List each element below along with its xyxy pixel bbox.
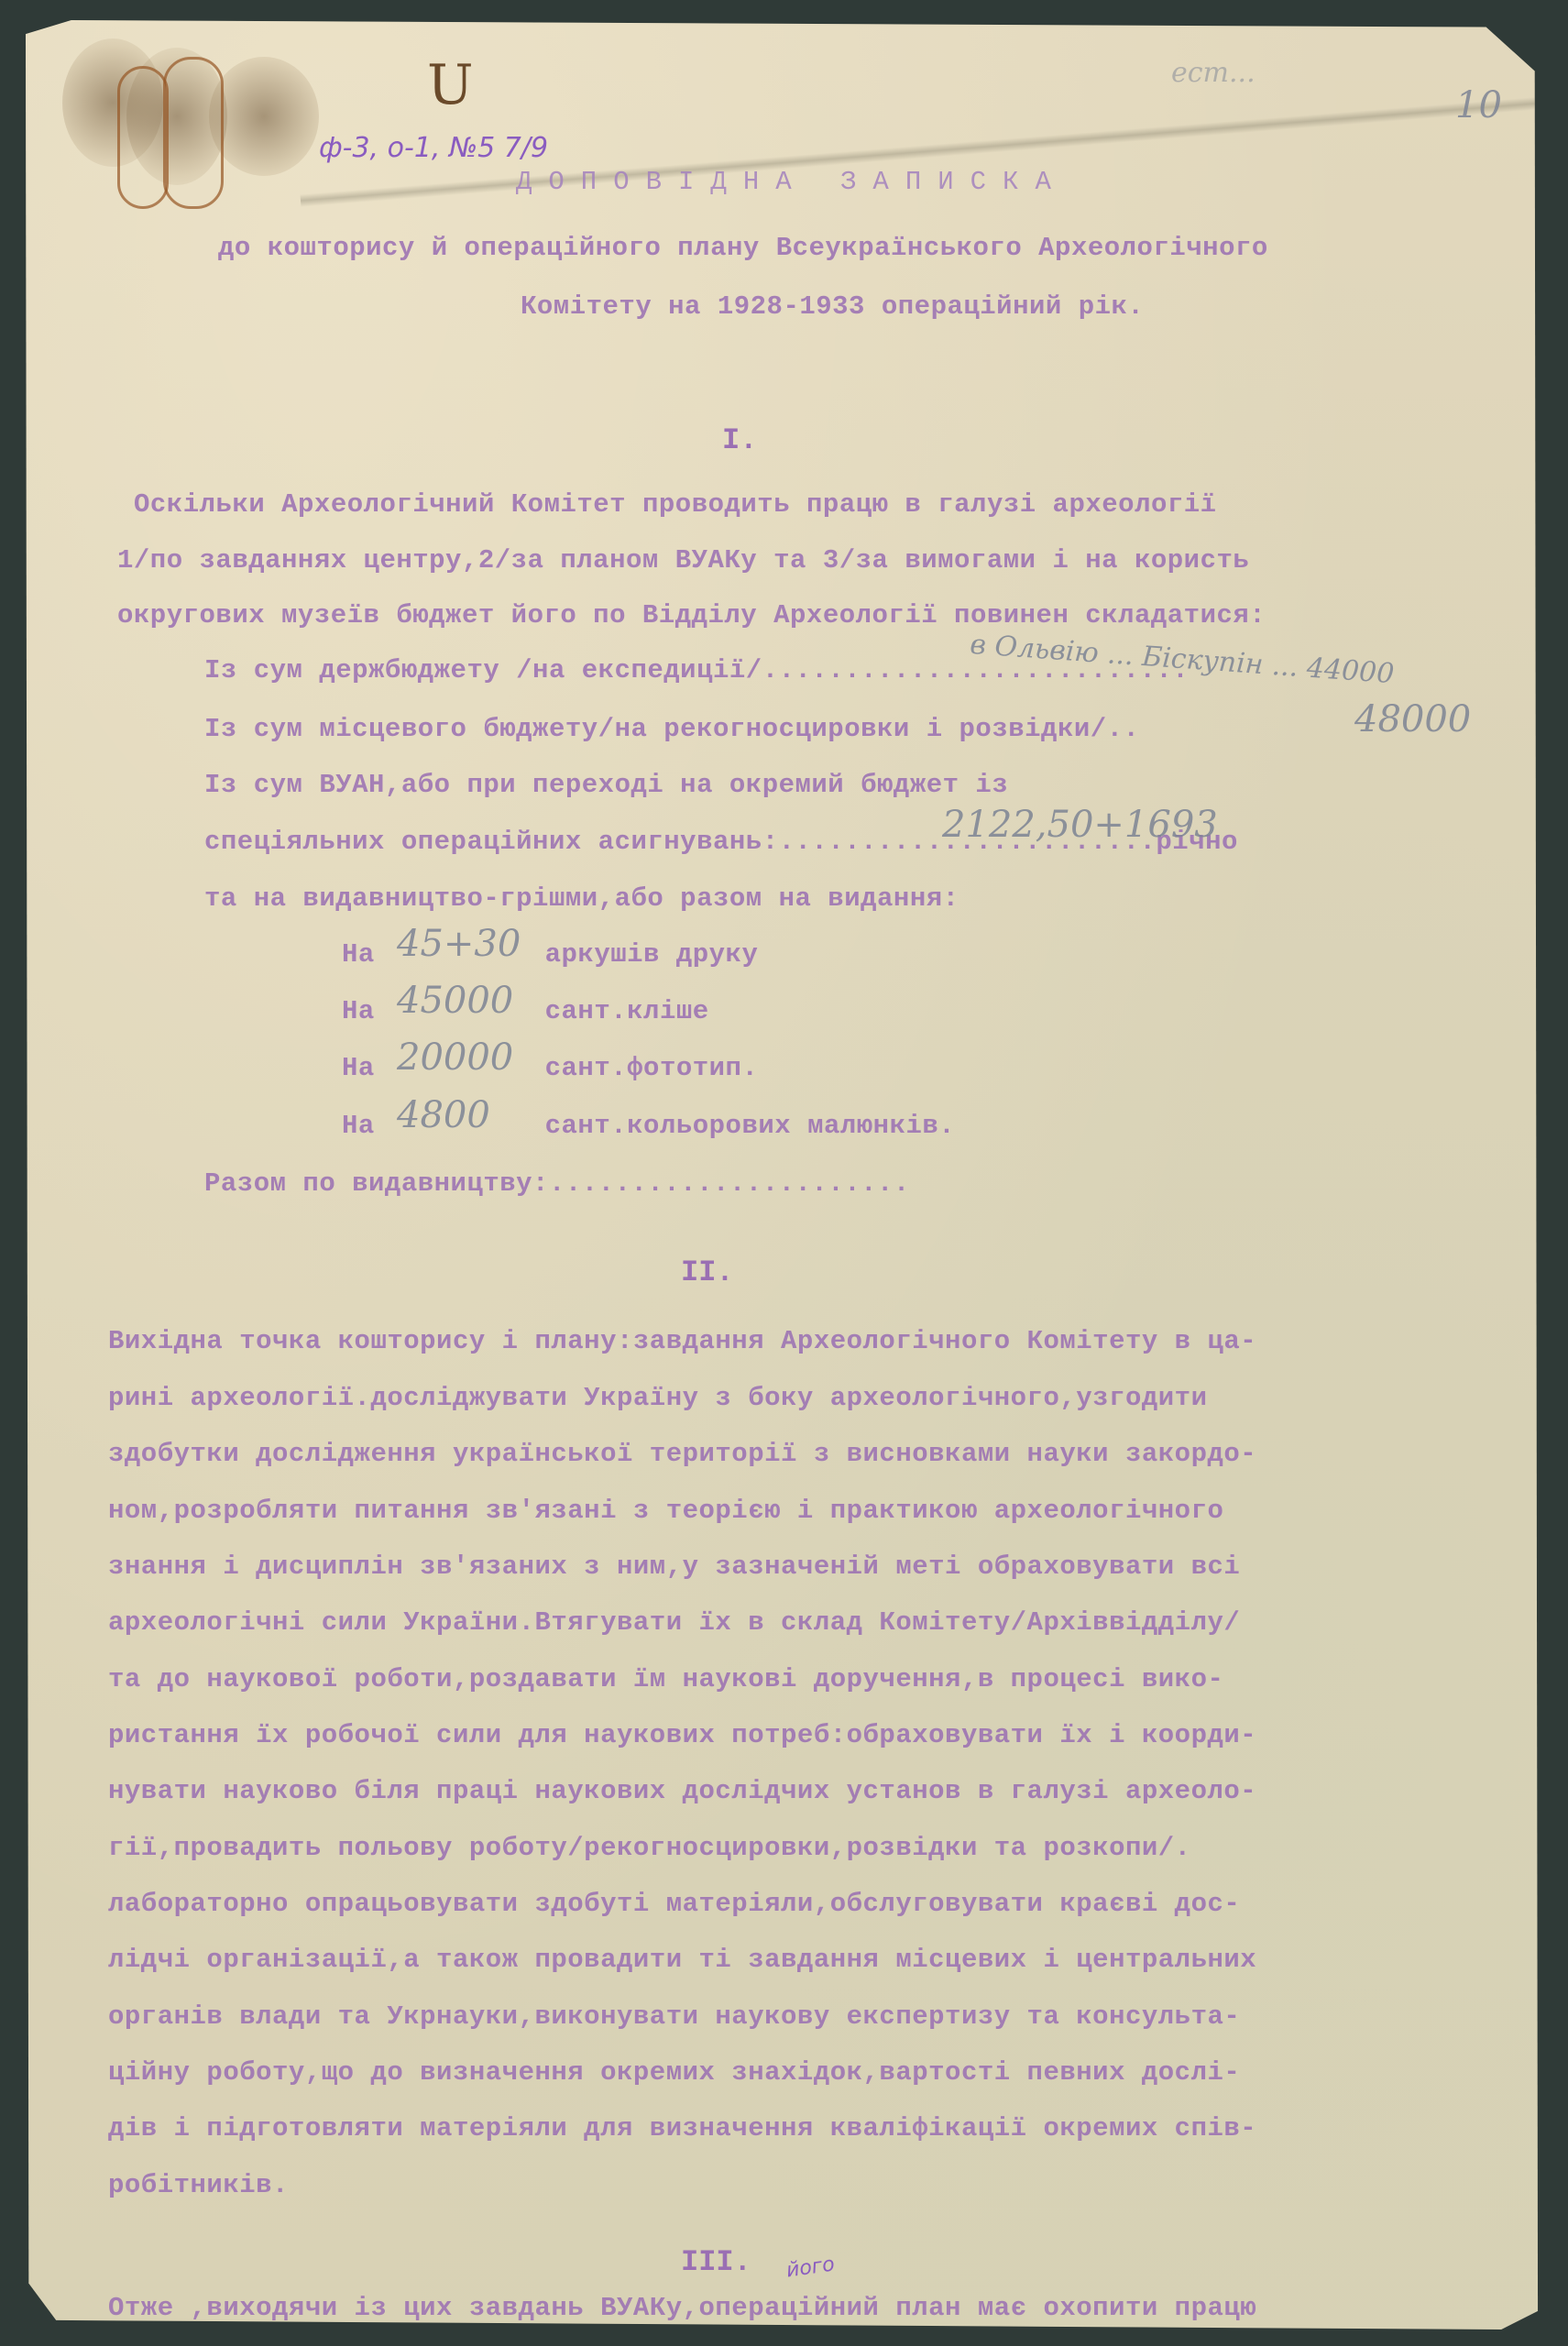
section-2-line: археологічні сили України.Втягувати їх в… [108,1607,1240,1638]
handwritten-special-amount: 2122,50+1693 [942,804,1218,846]
subtitle-line-2: Комітету на 1928-1933 операційний рік. [521,291,1144,322]
section-2-line: ристання їх робочої сили для наукових по… [108,1720,1256,1750]
budget-local-line: Із сум місцевого бюджету/на рекогносциро… [204,714,1139,744]
budget-state-label: Із сум держбюджету /на експедиції/ [204,655,762,685]
section-2-line: ном,розробляти питання зв'язані з теоріє… [108,1496,1223,1526]
publishing-amount: 20000 [397,1036,513,1079]
publishing-total: Разом по видавництву:...................… [204,1168,910,1199]
paperclip-rust-mark [163,57,224,209]
publishing-prefix: На [342,939,375,970]
section-2-line: робітників. [108,2170,289,2200]
publishing-amount: 45+30 [397,923,521,965]
publishing-label: сант.кольорових малюнків. [545,1111,956,1141]
section-1-line: Оскільки Археологічний Комітет проводить… [134,489,1217,520]
publishing-amount: 45000 [397,980,513,1022]
section-2-line: здобутки дослідження української територ… [108,1439,1256,1469]
page-number: 10 [1455,84,1502,126]
handwritten-insertion: його [785,2253,837,2282]
special-allocations-label: спеціяльних операційних асигнувань: [204,827,779,857]
section-3-number: III. [681,2245,751,2279]
section-2-line: лабораторно опрацьовувати здобуті матері… [108,1889,1240,1919]
publishing-prefix: На [342,1053,375,1083]
section-2-line: рині археології.досліджувати Україну з б… [108,1383,1208,1413]
section-2-line: Вихідна точка кошторису і плану:завдання… [108,1326,1256,1356]
paperclip-rust-mark [117,66,169,209]
section-1-number: I. [722,423,757,457]
section-2-line: органів влади та Укрнауки,виконувати нау… [108,2001,1240,2032]
publishing-label: сант.кліше [545,996,709,1026]
publishing-label: аркушів друку [545,939,759,970]
section-1-line: 1/по завданнях центру,2/за планом ВУАКу … [117,545,1249,576]
publishing-intro: та на видавництво-грішми,або разом на ви… [204,883,959,914]
section-1-line: округових музеїв бюджет його по Відділу … [117,600,1266,630]
section-2-line: дів і підготовляти матеріяли для визначе… [108,2113,1256,2143]
document-page: U ф-3, о-1, №5 7/9 ест... 10 ДОПОВІДНА З… [26,20,1547,2330]
document-title: ДОПОВІДНА ЗАПИСКА [516,167,1068,197]
subtitle-line-1: до кошторису й операційного плану Всеукр… [218,233,1268,263]
section-3-line: Отже ,виходячи із цих завдань ВУАКу,опер… [108,2293,1256,2323]
section-2-line: гії,провадить польову роботу/рекогносцир… [108,1833,1191,1863]
section-2-line: лідчі організації,а також провадити ті з… [108,1945,1256,1975]
publishing-label: сант.фототип. [545,1053,759,1083]
rust-stain [209,57,319,176]
section-2-number: II. [681,1255,734,1289]
section-2-line: та до наукової роботи,роздавати їм науко… [108,1664,1223,1694]
archive-reference: ф-3, о-1, №5 7/9 [319,132,548,164]
brown-ink-mark: U [427,53,474,117]
publishing-prefix: На [342,1111,375,1141]
section-2-line: знання і дисциплін зв'язаних з ним,у заз… [108,1551,1240,1582]
section-2-line: нувати науково біля праці наукових дослі… [108,1776,1256,1806]
section-2-line: ційну роботу,що до визначення окремих зн… [108,2057,1240,2088]
publishing-prefix: На [342,996,375,1026]
budget-vuan-line: Із сум ВУАН,або при переході на окремий … [204,770,1008,800]
handwritten-local-amount: 48000 [1354,698,1471,740]
pencil-note-top: ест... [1171,57,1255,89]
publishing-amount: 4800 [397,1094,490,1136]
